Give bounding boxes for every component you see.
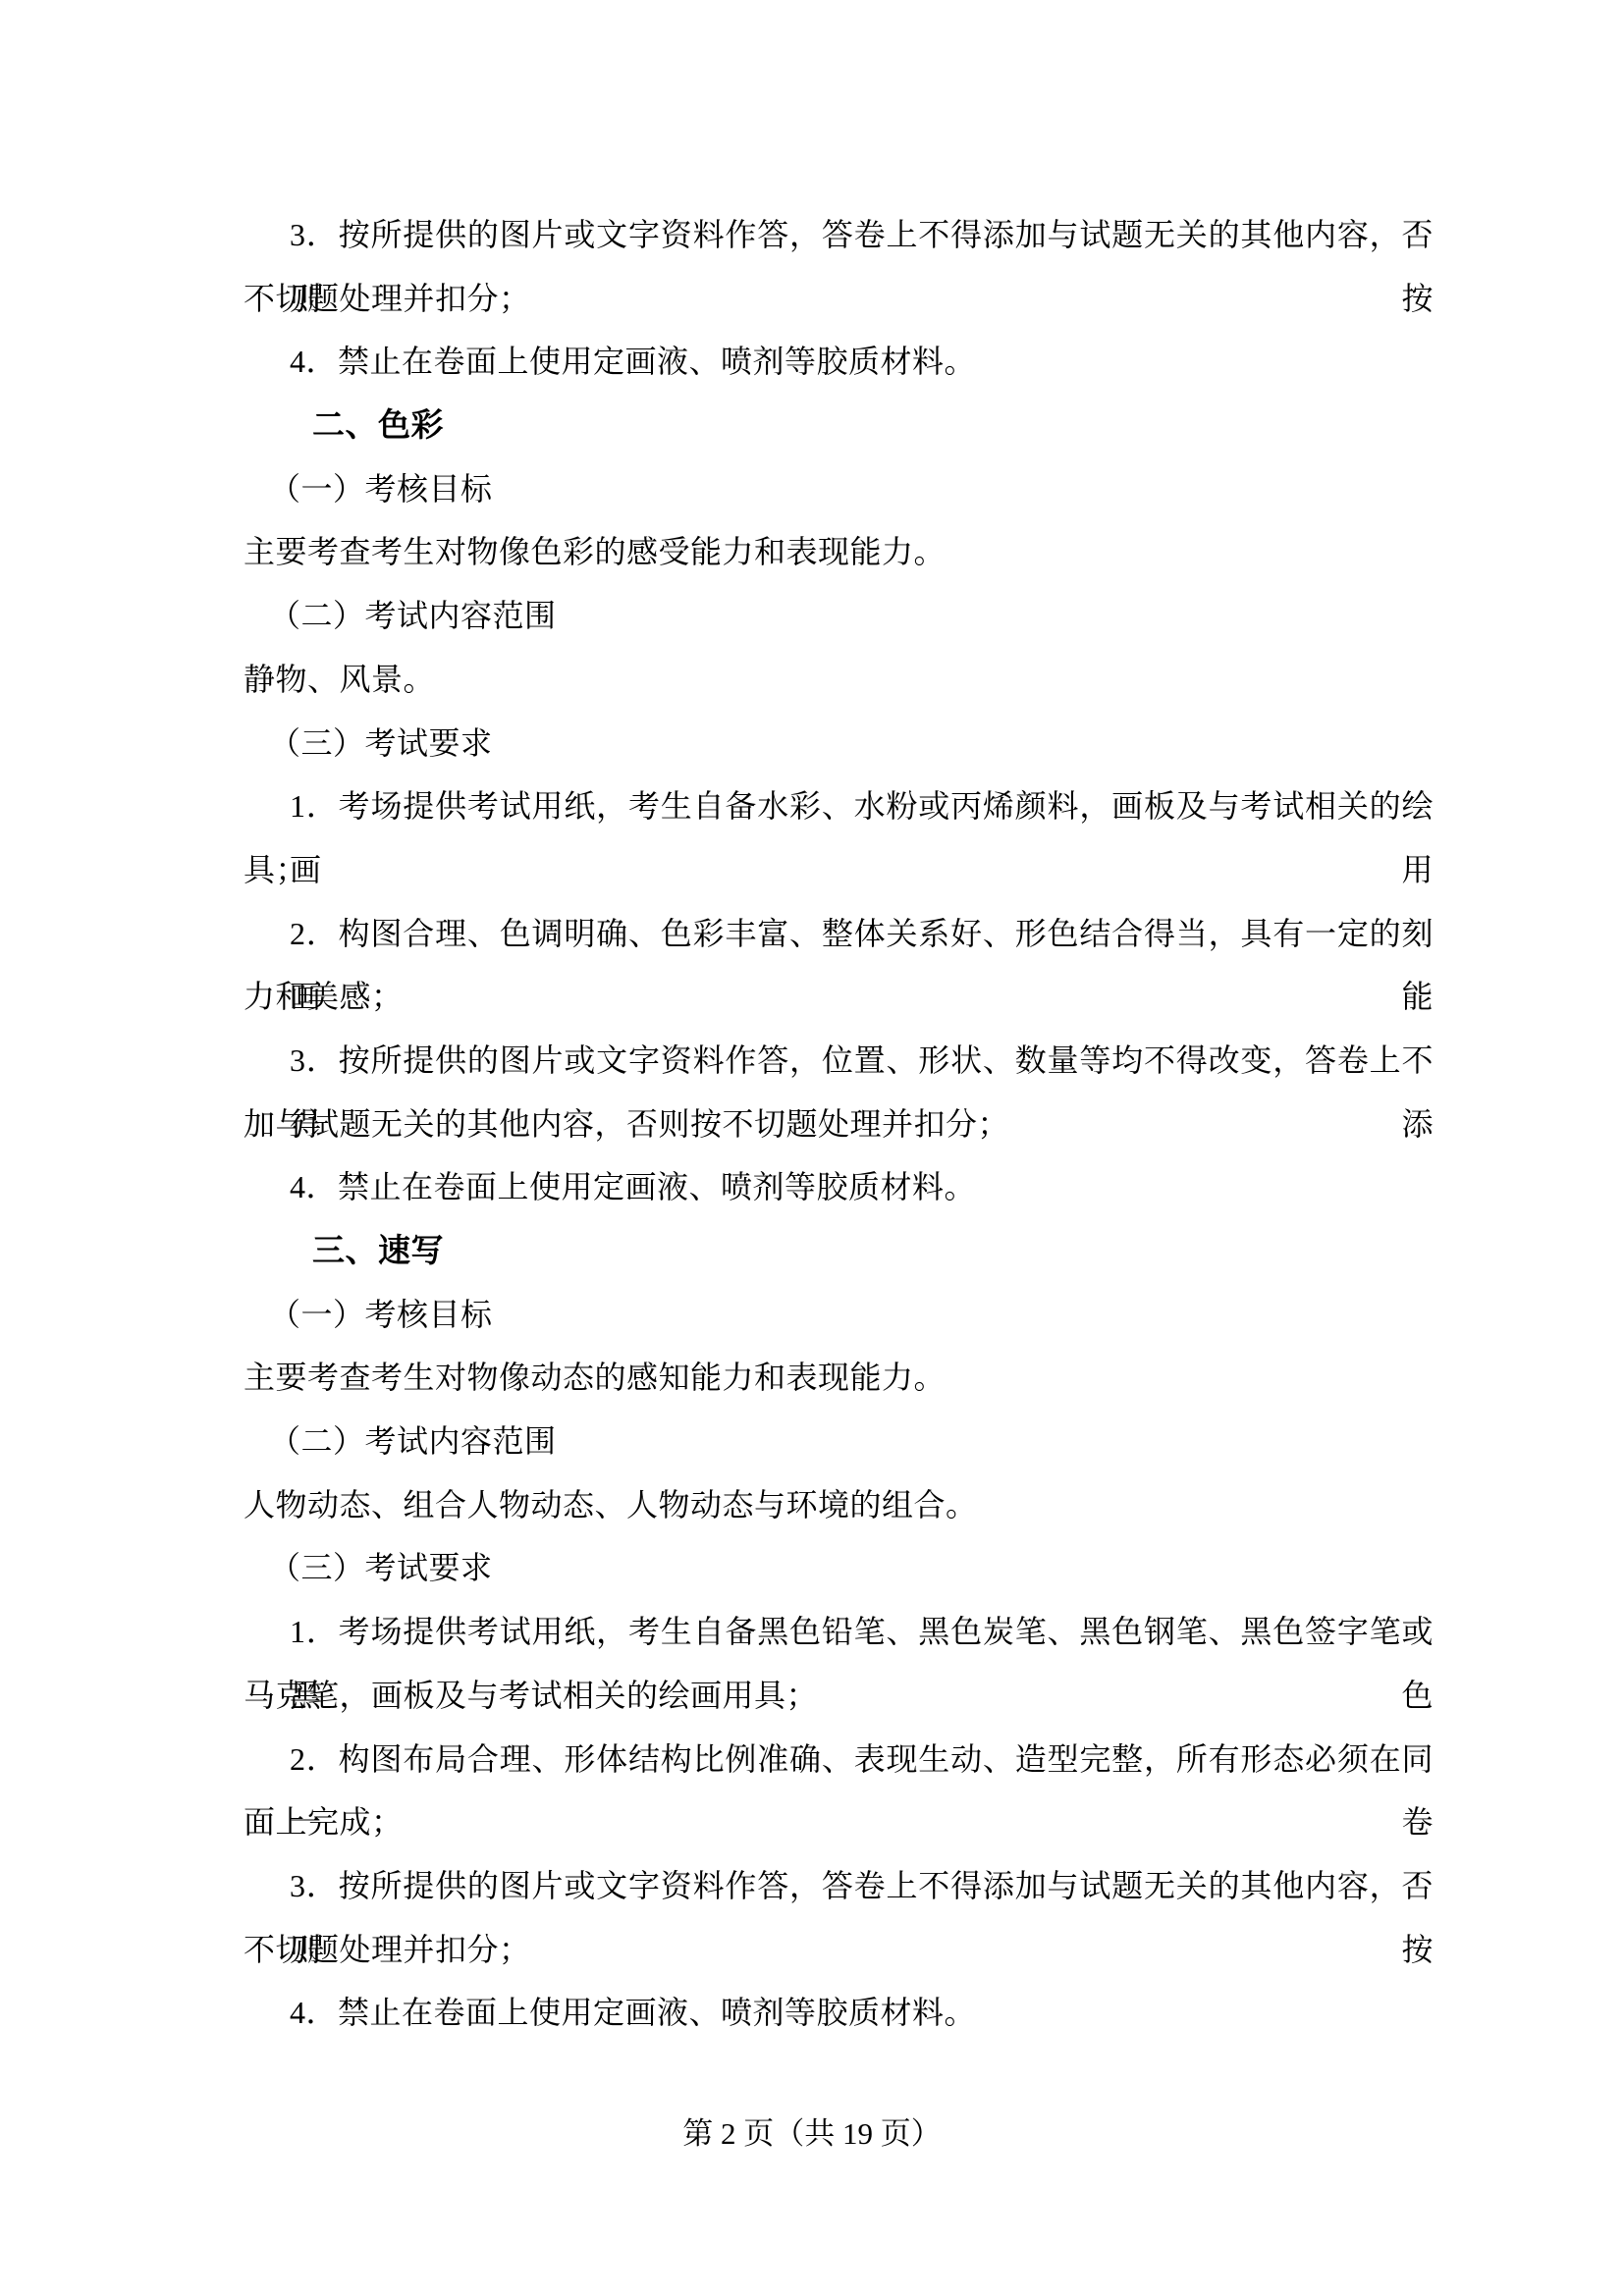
document-line: 4．禁止在卷面上使用定画液、喷剂等胶质材料。 — [244, 330, 1434, 394]
document-line: 主要考查考生对物像动态的感知能力和表现能力。 — [244, 1346, 1434, 1410]
document-line: 1．考场提供考试用纸，考生自备水彩、水粉或丙烯颜料，画板及与考试相关的绘画用 — [244, 774, 1434, 838]
document-line: 4．禁止在卷面上使用定画液、喷剂等胶质材料。 — [244, 1981, 1434, 2045]
document-line: 3．按所提供的图片或文字资料作答，答卷上不得添加与试题无关的其他内容，否则按 — [244, 1854, 1434, 1918]
document-line: 2．构图合理、色调明确、色彩丰富、整体关系好、形色结合得当，具有一定的刻画能 — [244, 902, 1434, 966]
document-line: 3．按所提供的图片或文字资料作答，答卷上不得添加与试题无关的其他内容，否则按 — [244, 203, 1434, 267]
document-page: 3．按所提供的图片或文字资料作答，答卷上不得添加与试题无关的其他内容，否则按不切… — [0, 0, 1624, 2296]
document-line: （一）考核目标 — [244, 457, 1434, 521]
section-heading: 二、色彩 — [244, 394, 1434, 457]
document-line: 静物、风景。 — [244, 648, 1434, 712]
document-line: 3．按所提供的图片或文字资料作答，位置、形状、数量等均不得改变，答卷上不得添 — [244, 1029, 1434, 1093]
document-line: （一）考核目标 — [244, 1283, 1434, 1347]
document-line: 4．禁止在卷面上使用定画液、喷剂等胶质材料。 — [244, 1155, 1434, 1219]
document-line: 人物动态、组合人物动态、人物动态与环境的组合。 — [244, 1473, 1434, 1537]
document-line: （二）考试内容范围 — [244, 584, 1434, 648]
document-line: （三）考试要求 — [244, 712, 1434, 775]
document-line: （三）考试要求 — [244, 1536, 1434, 1600]
document-line: （二）考试内容范围 — [244, 1410, 1434, 1473]
section-heading: 三、速写 — [244, 1219, 1434, 1283]
document-line: 主要考查考生对物像色彩的感受能力和表现能力。 — [244, 520, 1434, 584]
document-body: 3．按所提供的图片或文字资料作答，答卷上不得添加与试题无关的其他内容，否则按不切… — [244, 203, 1434, 2045]
page-number-footer: 第 2 页（共 19 页） — [0, 2112, 1624, 2156]
document-line: 2．构图布局合理、形体结构比例准确、表现生动、造型完整，所有形态必须在同一卷 — [244, 1728, 1434, 1791]
document-line: 1．考场提供考试用纸，考生自备黑色铅笔、黑色炭笔、黑色钢笔、黑色签字笔或黑色 — [244, 1600, 1434, 1664]
